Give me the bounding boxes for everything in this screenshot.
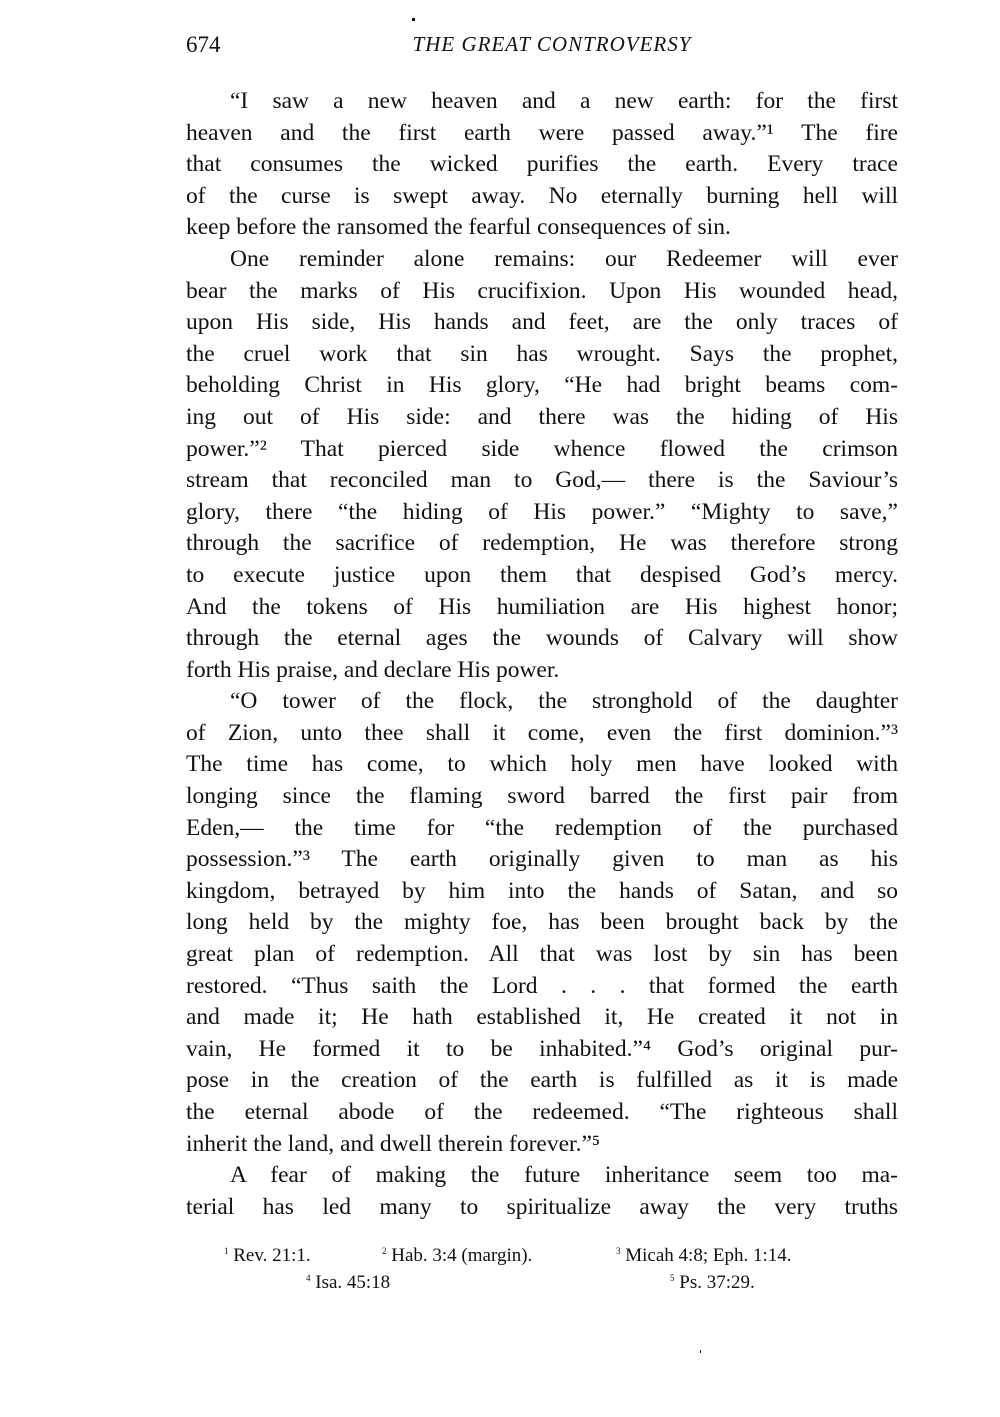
text-line: heaven and the first earth were passed a… <box>186 118 898 150</box>
text-line: through the eternal ages the wounds of C… <box>186 623 898 655</box>
text-line: longing since the flaming sword barred t… <box>186 781 898 813</box>
text-line: inherit the land, and dwell therein fore… <box>186 1129 898 1161</box>
text-line: “I saw a new heaven and a new earth: for… <box>186 86 898 118</box>
body-text: “I saw a new heaven and a new earth: for… <box>186 86 898 1223</box>
text-line: vain, He formed it to be inhabited.”⁴ Go… <box>186 1034 898 1066</box>
text-line: “O tower of the flock, the stronghold of… <box>186 686 898 718</box>
text-line: bear the marks of His crucifixion. Upon … <box>186 276 898 308</box>
text-line: terial has led many to spiritualize away… <box>186 1192 898 1224</box>
text-line: that consumes the wicked purifies the ea… <box>186 149 898 181</box>
footnote: 1 Rev. 21:1. <box>224 1242 311 1269</box>
text-line: of the curse is swept away. No eternally… <box>186 181 898 213</box>
footnote-text: Rev. 21:1. <box>233 1245 310 1266</box>
footnote-row: 4 Isa. 45:18 5 Ps. 37:29. <box>186 1269 898 1296</box>
footnote: 2 Hab. 3:4 (margin). <box>382 1242 532 1269</box>
text-line: keep before the ransomed the fearful con… <box>186 212 898 244</box>
text-line: long held by the mighty foe, has been br… <box>186 907 898 939</box>
paragraph: “O tower of the flock, the stronghold of… <box>186 686 898 1160</box>
text-line: stream that reconciled man to God,— ther… <box>186 465 898 497</box>
text-line: The time has come, to which holy men hav… <box>186 749 898 781</box>
text-line: great plan of redemption. All that was l… <box>186 939 898 971</box>
scan-speck-bottom <box>700 1350 701 1353</box>
paragraph: A fear of making the future inheritance … <box>186 1160 898 1223</box>
paragraph: One reminder alone remains: our Redeemer… <box>186 244 898 686</box>
text-line: One reminder alone remains: our Redeemer… <box>186 244 898 276</box>
paragraph: “I saw a new heaven and a new earth: for… <box>186 86 898 244</box>
text-line: A fear of making the future inheritance … <box>186 1160 898 1192</box>
text-line: upon His side, His hands and feet, are t… <box>186 307 898 339</box>
footnote-mark: 2 <box>382 1246 387 1256</box>
footnote-text: Ps. 37:29. <box>679 1272 755 1293</box>
footnote-text: Micah 4:8; Eph. 1:14. <box>625 1245 791 1266</box>
text-line: and made it; He hath established it, He … <box>186 1002 898 1034</box>
page-header: 674 THE GREAT CONTROVERSY <box>186 32 898 64</box>
text-line: the eternal abode of the redeemed. “The … <box>186 1097 898 1129</box>
text-line: power.”² That pierced side whence flowed… <box>186 434 898 466</box>
text-line: glory, there “the hiding of His power.” … <box>186 497 898 529</box>
text-line: through the sacrifice of redemption, He … <box>186 528 898 560</box>
text-line: forth His praise, and declare His power. <box>186 655 898 687</box>
footnote: 4 Isa. 45:18 <box>306 1269 390 1296</box>
text-line: to execute justice upon them that despis… <box>186 560 898 592</box>
text-line: kingdom, betrayed by him into the hands … <box>186 876 898 908</box>
footnote-mark: 3 <box>616 1246 621 1256</box>
footnote-text: Hab. 3:4 (margin). <box>391 1245 532 1266</box>
footnote-mark: 4 <box>306 1273 311 1283</box>
text-line: restored. “Thus saith the Lord . . . tha… <box>186 971 898 1003</box>
text-line: And the tokens of His humiliation are Hi… <box>186 592 898 624</box>
footnote: 3 Micah 4:8; Eph. 1:14. <box>616 1242 791 1269</box>
text-line: of Zion, unto thee shall it come, even t… <box>186 718 898 750</box>
text-line: possession.”³ The earth originally given… <box>186 844 898 876</box>
footnote-mark: 1 <box>224 1246 229 1256</box>
scan-speck-top <box>412 18 415 21</box>
footnote-mark: 5 <box>670 1273 675 1283</box>
text-line: beholding Christ in His glory, “He had b… <box>186 370 898 402</box>
text-line: the cruel work that sin has wrought. Say… <box>186 339 898 371</box>
footnote-text: Isa. 45:18 <box>315 1272 390 1293</box>
footnote-row: 1 Rev. 21:1. 2 Hab. 3:4 (margin). 3 Mica… <box>186 1242 898 1269</box>
text-line: Eden,— the time for “the redemption of t… <box>186 813 898 845</box>
footnote: 5 Ps. 37:29. <box>670 1269 755 1296</box>
footnotes: 1 Rev. 21:1. 2 Hab. 3:4 (margin). 3 Mica… <box>186 1242 898 1296</box>
text-line: pose in the creation of the earth is ful… <box>186 1065 898 1097</box>
running-title: THE GREAT CONTROVERSY <box>186 32 898 57</box>
text-line: ing out of His side: and there was the h… <box>186 402 898 434</box>
